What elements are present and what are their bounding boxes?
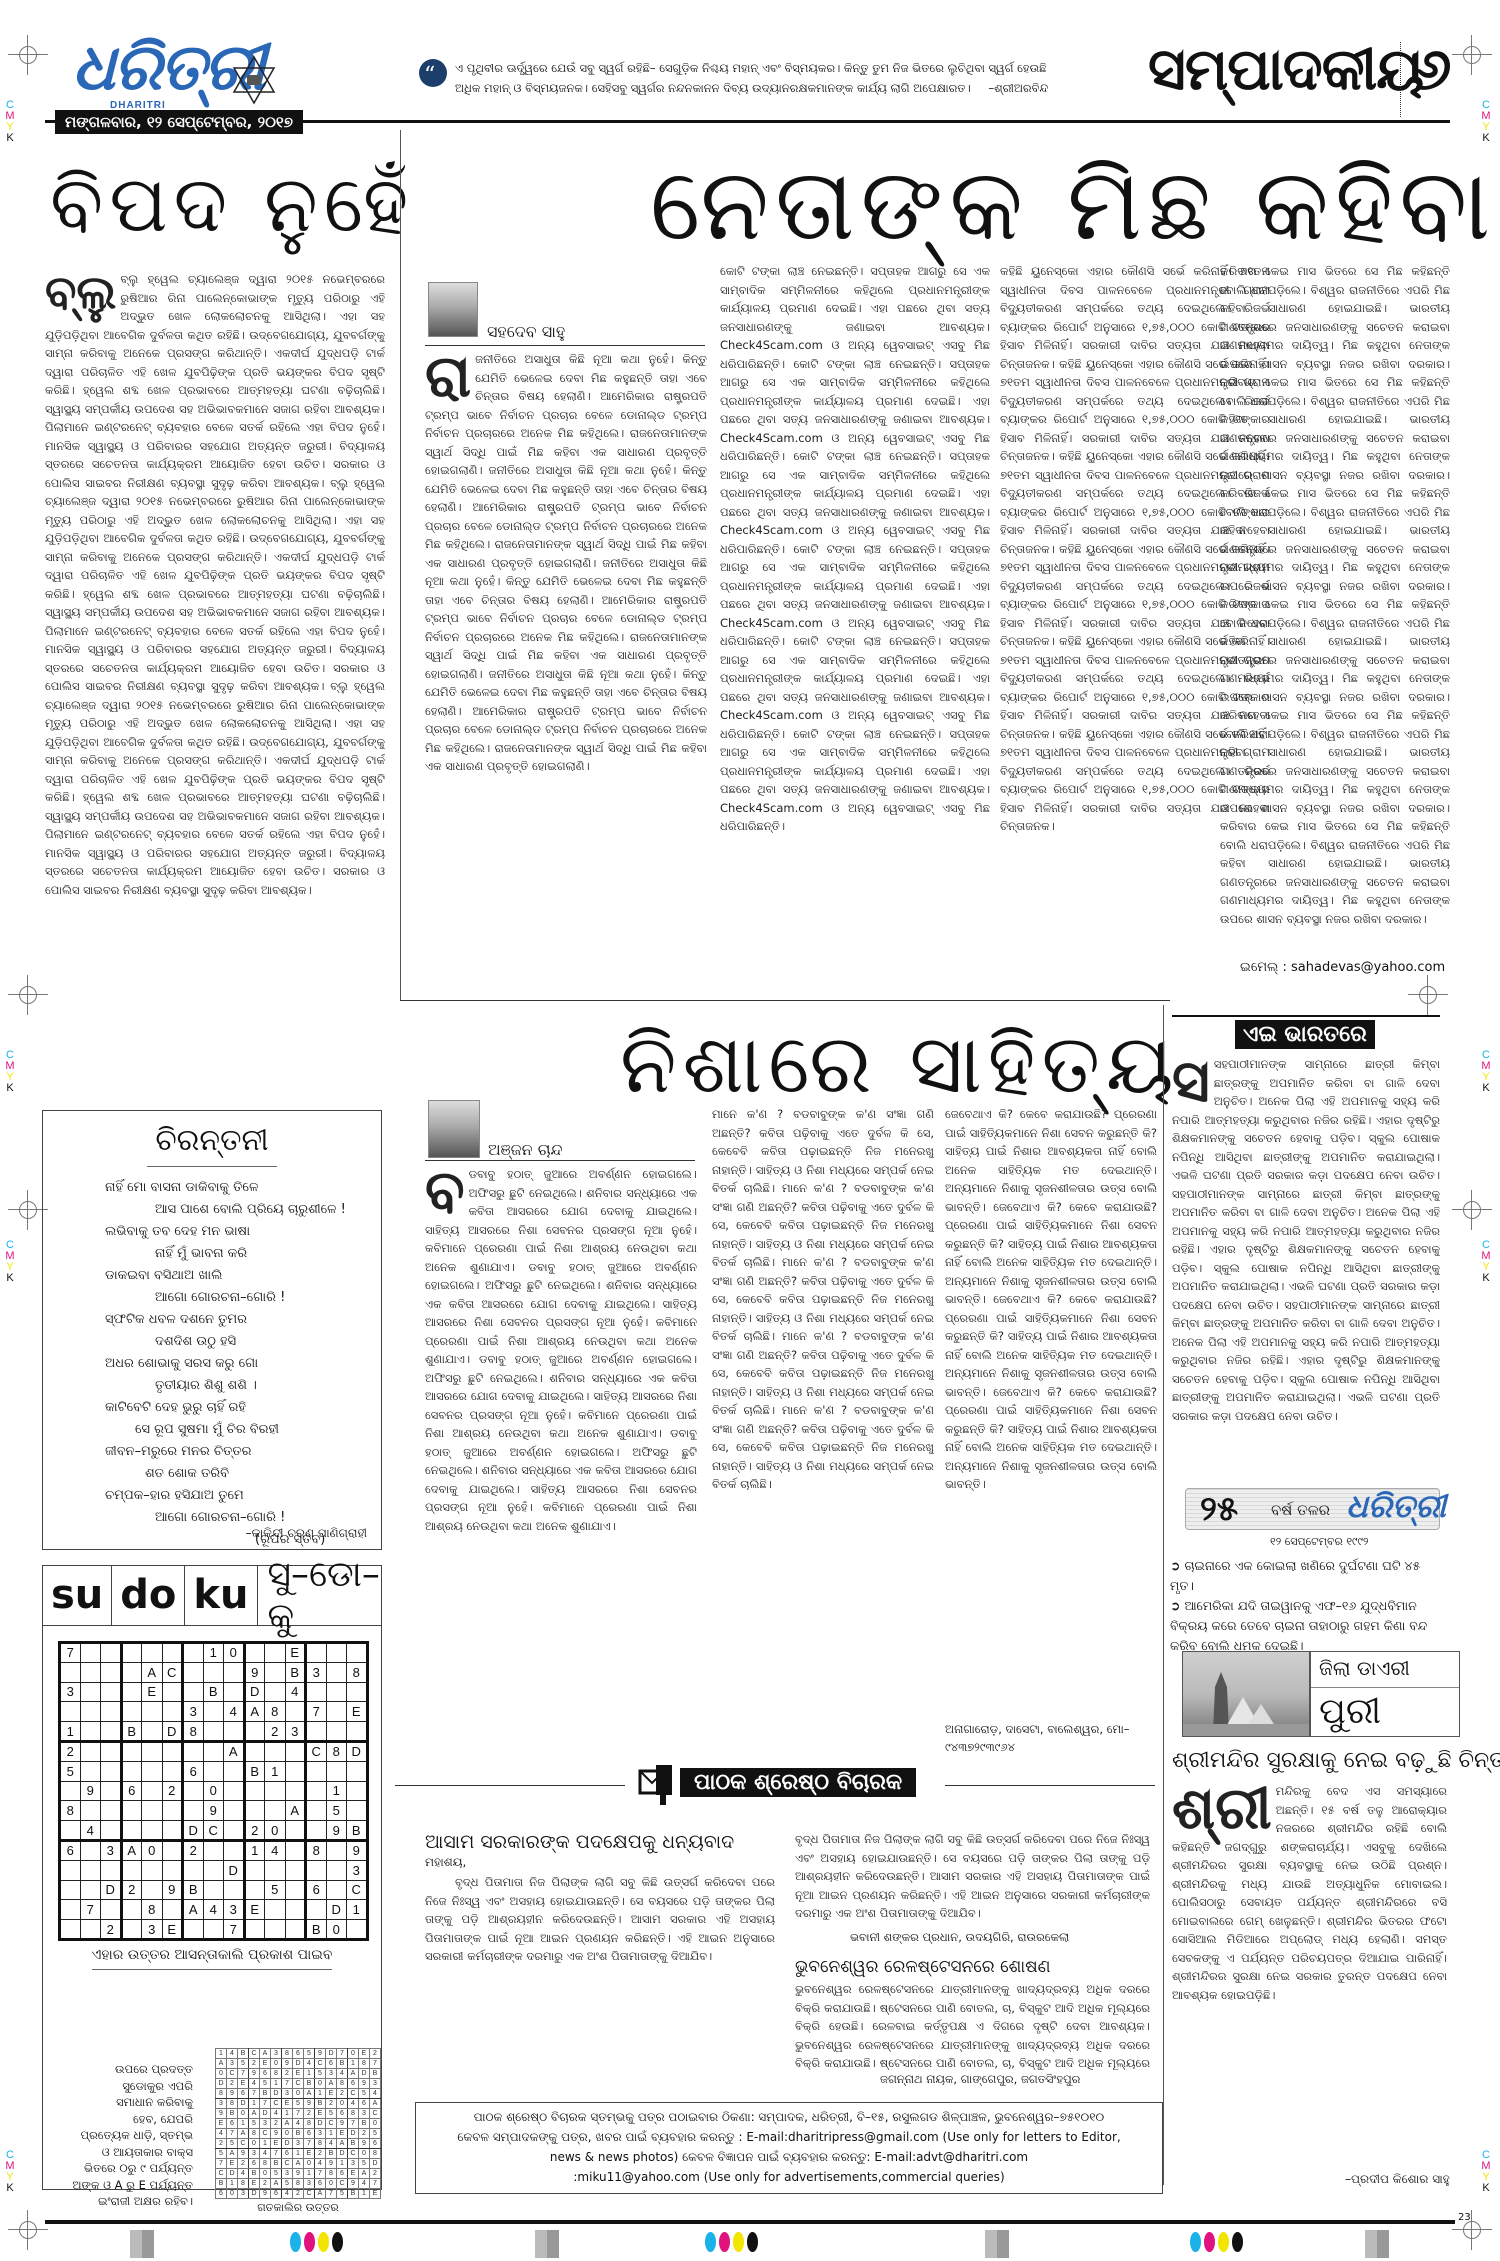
sudoku-cell[interactable]: 6: [306, 1880, 327, 1900]
sudoku-cell[interactable]: [347, 1781, 368, 1801]
sudoku-cell[interactable]: [203, 1741, 224, 1761]
district-diary-label: ଜିଲା ଡାଏରୀ: [1311, 1652, 1459, 1688]
sudoku-cell[interactable]: A: [183, 1900, 204, 1920]
sudoku-cell[interactable]: [285, 1920, 306, 1940]
sudoku-cell[interactable]: [244, 1643, 265, 1663]
sudoku-cell[interactable]: [203, 1860, 224, 1880]
sudoku-cell[interactable]: [142, 1643, 163, 1663]
sudoku-cell[interactable]: [101, 1860, 122, 1880]
sudoku-cell[interactable]: [285, 1741, 306, 1761]
sudoku-cell[interactable]: C: [347, 1880, 368, 1900]
solution-cell: 2: [315, 2149, 326, 2159]
sudoku-cell[interactable]: [285, 1702, 306, 1722]
sudoku-cell[interactable]: [101, 1662, 122, 1682]
sudoku-cell[interactable]: [244, 1781, 265, 1801]
sudoku-cell[interactable]: 1: [203, 1643, 224, 1663]
solution-cell: 0: [260, 2169, 271, 2179]
sudoku-cell[interactable]: 9: [326, 1821, 347, 1841]
sudoku-cell[interactable]: [244, 1801, 265, 1821]
sudoku-cell[interactable]: A: [121, 1840, 142, 1860]
sudoku-cell[interactable]: [203, 1761, 224, 1781]
sudoku-cell[interactable]: [142, 1761, 163, 1781]
sudoku-cell[interactable]: 6: [121, 1781, 142, 1801]
sudoku-cell[interactable]: 7: [306, 1702, 327, 1722]
sudoku-cell[interactable]: 7: [224, 1920, 245, 1940]
sudoku-cell[interactable]: 2: [183, 1840, 204, 1860]
sudoku-cell[interactable]: [326, 1860, 347, 1880]
sudoku-cell[interactable]: [121, 1643, 142, 1663]
answer-note: ଏହାର ଉତ୍ତର ଆସନ୍ତାକାଲି ପ୍ରକାଶ ପାଇବ: [43, 1947, 381, 1963]
sudoku-cell[interactable]: [326, 1662, 347, 1682]
sudoku-cell[interactable]: [265, 1900, 286, 1920]
sudoku-cell[interactable]: B: [347, 1821, 368, 1841]
sudoku-cell[interactable]: [326, 1880, 347, 1900]
sudoku-cell[interactable]: [224, 1722, 245, 1742]
sudoku-cell[interactable]: [203, 1840, 224, 1860]
sudoku-cell[interactable]: [101, 1781, 122, 1801]
sudoku-cell[interactable]: D: [244, 1682, 265, 1702]
solution-cell: 7: [315, 2169, 326, 2179]
sudoku-cell[interactable]: A: [224, 1741, 245, 1761]
sudoku-cell[interactable]: [224, 1682, 245, 1702]
solution-cell: 0: [359, 2149, 370, 2159]
sudoku-cell[interactable]: [80, 1643, 101, 1663]
sudoku-cell[interactable]: 2: [60, 1741, 81, 1761]
solution-cell: 7: [249, 2089, 260, 2099]
sudoku-cell[interactable]: D: [183, 1821, 204, 1841]
sudoku-cell[interactable]: [162, 1682, 183, 1702]
sudoku-cell[interactable]: [80, 1722, 101, 1742]
sudoku-cell[interactable]: [224, 1761, 245, 1781]
sudoku-cell[interactable]: [285, 1900, 306, 1920]
sudoku-cell[interactable]: [80, 1860, 101, 1880]
solution-cell: B: [271, 2159, 282, 2169]
sudoku-cell[interactable]: [285, 1821, 306, 1841]
sudoku-cell[interactable]: 7: [80, 1900, 101, 1920]
sudoku-cell[interactable]: [326, 1761, 347, 1781]
cmyk-label: CMYK: [1480, 1050, 1492, 1094]
sudoku-cell[interactable]: [80, 1761, 101, 1781]
sudoku-cell[interactable]: E: [162, 1920, 183, 1940]
sudoku-cell[interactable]: [265, 1801, 286, 1821]
sudoku-cell[interactable]: A: [244, 1702, 265, 1722]
list-item: ➲ ଚାଇନାରେ ଏକ କୋଇଲା ଖଣିରେ ଦୁର୍ଘଟଣା ଘଟି ୪୫…: [1170, 1556, 1445, 1596]
sudoku-cell[interactable]: [203, 1920, 224, 1940]
sudoku-cell[interactable]: 3: [306, 1662, 327, 1682]
sudoku-cell[interactable]: 3: [142, 1920, 163, 1940]
solution-cell: E: [227, 2159, 238, 2169]
sudoku-cell[interactable]: [265, 1781, 286, 1801]
sudoku-cell[interactable]: 2: [121, 1880, 142, 1900]
sudoku-cell[interactable]: C: [306, 1741, 327, 1761]
sudoku-cell[interactable]: 3: [224, 1900, 245, 1920]
author-email[interactable]: ଇମେଲ୍ : sahadevas@yahoo.com: [1240, 960, 1445, 975]
dropcap: ବ୍ଲୁ: [45, 272, 116, 312]
solution-cell: 8: [337, 2079, 348, 2089]
sudoku-cell[interactable]: A: [285, 1801, 306, 1821]
sudoku-cell[interactable]: [60, 1880, 81, 1900]
sudoku-cell[interactable]: 3: [285, 1722, 306, 1742]
solution-cell: C: [315, 2059, 326, 2069]
solution-cell: 3: [282, 2089, 293, 2099]
sudoku-cell[interactable]: [121, 1741, 142, 1761]
sudoku-cell[interactable]: 8: [347, 1662, 368, 1682]
previous-solution: 14BCA38659D70E2A352E09D4C6B1870C79682E15…: [215, 2048, 381, 2215]
sudoku-cell[interactable]: [162, 1900, 183, 1920]
solution-cell: 7: [326, 2189, 337, 2199]
sudoku-cell[interactable]: [326, 1643, 347, 1663]
sudoku-cell[interactable]: [101, 1741, 122, 1761]
sudoku-cell[interactable]: 1: [60, 1722, 81, 1742]
sudoku-cell[interactable]: [162, 1860, 183, 1880]
sudoku-cell[interactable]: 2: [101, 1920, 122, 1940]
solution-cell: 0: [370, 2119, 381, 2129]
sudoku-cell[interactable]: [306, 1761, 327, 1781]
sudoku-cell[interactable]: [80, 1682, 101, 1702]
sudoku-cell[interactable]: [142, 1702, 163, 1722]
sudoku-cell[interactable]: [121, 1702, 142, 1722]
column-divider: [1163, 1005, 1164, 2185]
anniversary-date: ୧୨ ସେପ୍ଟେମ୍ବର ୧୯୯୨: [1270, 1535, 1368, 1549]
sudoku-cell[interactable]: [347, 1722, 368, 1742]
sudoku-cell[interactable]: B: [244, 1761, 265, 1781]
sudoku-cell[interactable]: [183, 1662, 204, 1682]
sudoku-cell[interactable]: [101, 1643, 122, 1663]
sudoku-cell[interactable]: [285, 1880, 306, 1900]
sudoku-cell[interactable]: 4: [224, 1702, 245, 1722]
solution-cell: 6: [227, 2119, 238, 2129]
sudoku-cell[interactable]: 5: [60, 1761, 81, 1781]
sudoku-cell[interactable]: [142, 1821, 163, 1841]
sudoku-cell[interactable]: [306, 1801, 327, 1821]
sudoku-cell[interactable]: B: [203, 1682, 224, 1702]
solution-cell: 2: [304, 2109, 315, 2119]
sudoku-cell[interactable]: [101, 1900, 122, 1920]
sudoku-cell[interactable]: 3: [60, 1682, 81, 1702]
sudoku-cell[interactable]: 1: [347, 1900, 368, 1920]
sudoku-cell[interactable]: 8: [326, 1741, 347, 1761]
sudoku-cell[interactable]: A: [142, 1662, 163, 1682]
sudoku-cell[interactable]: B: [183, 1880, 204, 1900]
sudoku-cell[interactable]: [60, 1662, 81, 1682]
sudoku-cell[interactable]: [244, 1860, 265, 1880]
sudoku-cell[interactable]: [306, 1682, 327, 1702]
solution-cell: C: [293, 2079, 304, 2089]
sudoku-cell[interactable]: 3: [347, 1860, 368, 1880]
sudoku-cell[interactable]: 4: [265, 1840, 286, 1860]
sudoku-cell[interactable]: 1: [326, 1781, 347, 1801]
sudoku-cell[interactable]: [347, 1761, 368, 1781]
sudoku-cell[interactable]: [162, 1801, 183, 1821]
solution-cell: 6: [260, 2069, 271, 2079]
sudoku-cell[interactable]: [162, 1643, 183, 1663]
sudoku-cell[interactable]: [306, 1821, 327, 1841]
solution-cell: C: [348, 2149, 359, 2159]
sudoku-cell[interactable]: [101, 1761, 122, 1781]
sudoku-cell[interactable]: D: [162, 1722, 183, 1742]
cmyk-label: CMYK: [1480, 1240, 1492, 1284]
sudoku-cell[interactable]: 0: [326, 1920, 347, 1940]
sudoku-cell[interactable]: D: [224, 1860, 245, 1880]
sudoku-cell[interactable]: D: [326, 1900, 347, 1920]
sudoku-cell[interactable]: [183, 1801, 204, 1821]
sudoku-cell[interactable]: [183, 1860, 204, 1880]
solution-cell: E: [348, 2169, 359, 2179]
sudoku-cell[interactable]: 3: [183, 1702, 204, 1722]
sudoku-cell[interactable]: [285, 1860, 306, 1880]
sudoku-cell[interactable]: [224, 1662, 245, 1682]
sudoku-cell[interactable]: 1: [244, 1840, 265, 1860]
cmyk-label: CMYK: [4, 2150, 16, 2194]
sudoku-grid[interactable]: 710EAC9B383EBD434A87E1BD8232AC8D56B19620…: [58, 1641, 369, 1941]
sudoku-cell[interactable]: [285, 1840, 306, 1860]
solution-cell: 1: [216, 2049, 227, 2059]
sudoku-cell[interactable]: 0: [265, 1821, 286, 1841]
sudoku-cell[interactable]: [121, 1900, 142, 1920]
sudoku-cell[interactable]: 9: [347, 1840, 368, 1860]
solution-cell: B: [359, 2119, 370, 2129]
sudoku-cell[interactable]: 6: [60, 1840, 81, 1860]
sudoku-cell[interactable]: [162, 1761, 183, 1781]
sudoku-cell[interactable]: 4: [285, 1682, 306, 1702]
solution-cell: 4: [260, 2149, 271, 2159]
solution-cell: 2: [293, 2189, 304, 2199]
sudoku-cell[interactable]: E: [142, 1682, 163, 1702]
sudoku-cell[interactable]: 8: [142, 1900, 163, 1920]
sudoku-cell[interactable]: [347, 1920, 368, 1940]
solution-cell: 8: [315, 2139, 326, 2149]
solution-cell: 3: [249, 2149, 260, 2159]
sudoku-cell[interactable]: 1: [265, 1761, 286, 1781]
sudoku-cell[interactable]: [306, 1643, 327, 1663]
solution-cell: C: [370, 2109, 381, 2119]
solution-cell: A: [326, 2079, 337, 2089]
sudoku-cell[interactable]: [80, 1920, 101, 1940]
sudoku-cell[interactable]: [121, 1761, 142, 1781]
sudoku-cell[interactable]: [162, 1702, 183, 1722]
sudoku-cell[interactable]: [121, 1821, 142, 1841]
sudoku-cell[interactable]: [326, 1840, 347, 1860]
sudoku-cell[interactable]: [121, 1920, 142, 1940]
sudoku-cell[interactable]: [101, 1702, 122, 1722]
sudoku-cell[interactable]: [306, 1860, 327, 1880]
sudoku-cell[interactable]: [306, 1722, 327, 1742]
sudoku-cell[interactable]: [244, 1741, 265, 1761]
sudoku-cell[interactable]: [203, 1662, 224, 1682]
sudoku-cell[interactable]: [224, 1821, 245, 1841]
sudoku-cell[interactable]: 5: [326, 1801, 347, 1821]
divider: [945, 1785, 1155, 1786]
divider: [425, 1160, 695, 1161]
sudoku-cell[interactable]: [142, 1781, 163, 1801]
sudoku-cell[interactable]: [121, 1682, 142, 1702]
sudoku-cell[interactable]: [203, 1702, 224, 1722]
sudoku-cell[interactable]: 7: [60, 1643, 81, 1663]
sudoku-cell[interactable]: [224, 1781, 245, 1801]
sudoku-cell[interactable]: [162, 1741, 183, 1761]
sudoku-cell[interactable]: [80, 1702, 101, 1722]
sudoku-cell[interactable]: 9: [80, 1781, 101, 1801]
solution-cell: 8: [271, 2069, 282, 2079]
sudoku-cell[interactable]: E: [285, 1643, 306, 1663]
solution-cell: D: [227, 2169, 238, 2179]
solution-cell: 6: [271, 2189, 282, 2199]
sudoku-cell[interactable]: [326, 1682, 347, 1702]
letter-signature: ଭବାନୀ ଶଙ୍କର ପ୍ରଧାନ, ଉଦୟଗିରି, ରାଉରକେଲା: [850, 1930, 1069, 1945]
solution-cell: 9: [315, 2049, 326, 2059]
sudoku-cell[interactable]: B: [306, 1920, 327, 1940]
sudoku-cell[interactable]: 0: [203, 1781, 224, 1801]
solution-cell: C: [282, 2159, 293, 2169]
sudoku-cell[interactable]: B: [121, 1722, 142, 1742]
sudoku-cell[interactable]: [244, 1722, 265, 1742]
letter-title: ଆସାମ ସରକାରଙ୍କ ପଦକ୍ଷେପକୁ ଧନ୍ୟବାଦ: [425, 1830, 734, 1854]
sudoku-cell[interactable]: [265, 1682, 286, 1702]
sudoku-cell[interactable]: 0: [224, 1643, 245, 1663]
solution-cell: 0: [337, 2099, 348, 2109]
sudoku-cell[interactable]: 5: [265, 1880, 286, 1900]
sudoku-cell[interactable]: 2: [162, 1781, 183, 1801]
sudoku-cell[interactable]: [80, 1801, 101, 1821]
solution-cell: 7: [348, 2119, 359, 2129]
solution-cell: 4: [238, 2169, 249, 2179]
sudoku-cell[interactable]: [183, 1682, 204, 1702]
sudoku-cell[interactable]: [101, 1722, 122, 1742]
sudoku-cell[interactable]: [224, 1880, 245, 1900]
sudoku-cell[interactable]: [306, 1900, 327, 1920]
solution-cell: A: [216, 2059, 227, 2069]
sudoku-cell[interactable]: [60, 1860, 81, 1880]
solution-cell: 9: [359, 2079, 370, 2089]
sudoku-cell[interactable]: 2: [265, 1722, 286, 1742]
sudoku-cell[interactable]: 6: [183, 1761, 204, 1781]
sudoku-cell[interactable]: 9: [162, 1880, 183, 1900]
sudoku-cell[interactable]: [60, 1781, 81, 1801]
sudoku-cell[interactable]: [183, 1920, 204, 1940]
sudoku-cell[interactable]: D: [101, 1880, 122, 1900]
sudoku-cell[interactable]: [121, 1662, 142, 1682]
sudoku-grid-wrap: 710EAC9B383EBD434A87E1BD8232AC8D56B19620…: [43, 1626, 381, 1941]
sudoku-cell[interactable]: 4: [80, 1821, 101, 1841]
sudoku-cell[interactable]: 4: [203, 1900, 224, 1920]
sudoku-cell[interactable]: D: [347, 1741, 368, 1761]
registration-mark: [8, 975, 48, 1015]
sudoku-cell[interactable]: [142, 1722, 163, 1742]
sudoku-cell[interactable]: [326, 1722, 347, 1742]
solution-cell: 0: [326, 2179, 337, 2189]
solution-cell: D: [293, 2059, 304, 2069]
solution-cell: D: [337, 2149, 348, 2159]
solution-cell: 2: [359, 2129, 370, 2139]
sudoku-cell[interactable]: [203, 1722, 224, 1742]
sudoku-cell[interactable]: [244, 1880, 265, 1900]
solution-cell: 7: [271, 2149, 282, 2159]
sudoku-cell[interactable]: B: [285, 1662, 306, 1682]
solution-cell: 0: [227, 2189, 238, 2199]
sudoku-cell[interactable]: 8: [306, 1840, 327, 1860]
sudoku-cell[interactable]: 0: [142, 1840, 163, 1860]
sudoku-cell[interactable]: [306, 1781, 327, 1801]
sudoku-cell[interactable]: [224, 1840, 245, 1860]
sudoku-cell[interactable]: 3: [101, 1840, 122, 1860]
sudoku-cell[interactable]: [142, 1741, 163, 1761]
sudoku-cell[interactable]: [162, 1821, 183, 1841]
sudoku-cell[interactable]: [265, 1920, 286, 1940]
solution-cell: D: [282, 2139, 293, 2149]
sudoku-cell[interactable]: [80, 1840, 101, 1860]
sudoku-cell[interactable]: [347, 1643, 368, 1663]
district-byline: –ପ୍ରଦୀପ କିଶୋର ସାହୁ: [1345, 2172, 1450, 2187]
sudoku-cell[interactable]: [347, 1682, 368, 1702]
sudoku-cell[interactable]: [142, 1801, 163, 1821]
sudoku-cell[interactable]: 9: [244, 1662, 265, 1682]
sudoku-cell[interactable]: [183, 1643, 204, 1663]
sudoku-cell[interactable]: [60, 1900, 81, 1920]
sudoku-cell[interactable]: [60, 1702, 81, 1722]
sudoku-cell[interactable]: [142, 1860, 163, 1880]
sudoku-cell[interactable]: [203, 1880, 224, 1900]
sudoku-cell[interactable]: [265, 1662, 286, 1682]
solution-cell: 5: [315, 2069, 326, 2079]
sudoku-cell[interactable]: 8: [60, 1801, 81, 1821]
sudoku-cell[interactable]: [224, 1801, 245, 1821]
sudoku-cell[interactable]: [101, 1821, 122, 1841]
sudoku-cell[interactable]: [265, 1643, 286, 1663]
sudoku-cell[interactable]: 9: [203, 1801, 224, 1821]
solution-instructions: ଉପରେ ପ୍ରଦତ୍ତସୁଡୋକୁର ଏପରିସମାଧାନ କରିବାକୁ ହ…: [53, 2061, 193, 2210]
solution-cell: 9: [304, 2099, 315, 2109]
sudoku-cell[interactable]: [285, 1781, 306, 1801]
sudoku-cell[interactable]: [265, 1741, 286, 1761]
sudoku-cell[interactable]: [101, 1682, 122, 1702]
sudoku-cell[interactable]: [121, 1860, 142, 1880]
solution-cell: E: [216, 2119, 227, 2129]
solution-cell: 9: [271, 2129, 282, 2139]
solution-cell: E: [370, 2189, 381, 2199]
sudoku-cell[interactable]: [326, 1702, 347, 1722]
sudoku-cell[interactable]: [285, 1761, 306, 1781]
article-column-1: ବ ଡବାବୁ ହଠାତ୍ ଜୁଆରେ ଅବର୍ଣ୍ଣନ ହୋଇଗଲେ। ଅଫି…: [425, 1165, 697, 1765]
solution-cell: 3: [260, 2119, 271, 2129]
sudoku-cell[interactable]: [80, 1662, 101, 1682]
sudoku-cell[interactable]: [183, 1741, 204, 1761]
sudoku-cell[interactable]: 2: [244, 1821, 265, 1841]
solution-cell: 6: [337, 2169, 348, 2179]
sudoku-cell[interactable]: 8: [265, 1702, 286, 1722]
sudoku-cell[interactable]: 8: [183, 1722, 204, 1742]
sudoku-cell[interactable]: [142, 1880, 163, 1900]
sudoku-cell[interactable]: [347, 1801, 368, 1821]
sudoku-cell[interactable]: E: [244, 1900, 265, 1920]
sudoku-cell[interactable]: [60, 1821, 81, 1841]
solution-cell: 7: [337, 2049, 348, 2059]
solution-cell: 7: [227, 2129, 238, 2139]
sudoku-cell[interactable]: [162, 1840, 183, 1860]
solution-cell: 1: [359, 2189, 370, 2199]
sudoku-cell[interactable]: [80, 1880, 101, 1900]
sudoku-cell[interactable]: [265, 1860, 286, 1880]
sudoku-cell[interactable]: [80, 1741, 101, 1761]
sudoku-cell[interactable]: C: [203, 1821, 224, 1841]
sudoku-cell[interactable]: E: [347, 1702, 368, 1722]
solution-cell: B: [227, 2109, 238, 2119]
sudoku-cell[interactable]: C: [162, 1662, 183, 1682]
sudoku-cell[interactable]: [101, 1801, 122, 1821]
sudoku-cell[interactable]: [183, 1781, 204, 1801]
sudoku-cell[interactable]: [121, 1801, 142, 1821]
sudoku-cell[interactable]: [60, 1920, 81, 1940]
sudoku-cell[interactable]: [244, 1920, 265, 1940]
